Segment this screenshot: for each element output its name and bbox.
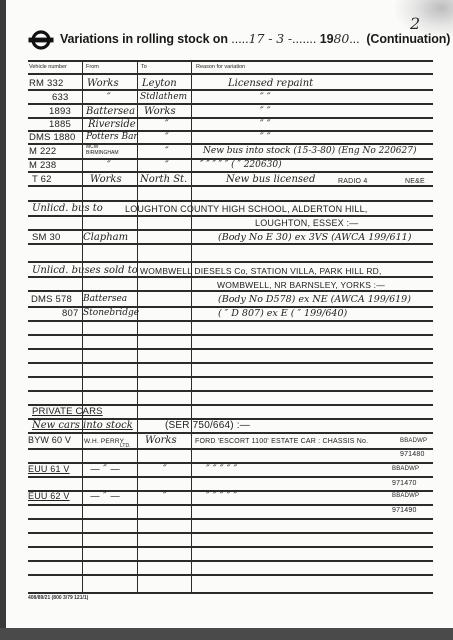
reason-cell: ″ ″ ″ ″ ″ xyxy=(206,491,237,502)
from-cell: — ″ — xyxy=(90,464,120,475)
to-cell: ″ xyxy=(165,119,169,130)
row-rule xyxy=(28,560,433,562)
row-rule xyxy=(28,532,433,534)
reason-cell: ( ″ D 807) ex E ( ″ 199/640) xyxy=(218,308,347,319)
to-cell: ″ xyxy=(163,491,167,502)
section-note: Unlicd. bus to xyxy=(32,203,103,214)
to-cell: ″ xyxy=(165,160,169,171)
section-note: Unlicd. buses sold to xyxy=(32,265,138,276)
vehicle-number: BYW 60 V xyxy=(28,435,71,446)
chassis-number: 971470 xyxy=(392,478,417,489)
from-cell: Battersea xyxy=(83,294,127,305)
section-note: New cars into stock xyxy=(32,420,133,431)
from-cell: Works xyxy=(90,174,122,185)
reason-cell: New bus licensed xyxy=(226,174,315,185)
vehicle-number: DMS 1880 xyxy=(29,132,75,143)
row-rule xyxy=(28,362,433,364)
row-rule xyxy=(28,546,433,548)
column-header-vehicle: Vehicle number xyxy=(29,64,67,70)
from-cell: — ″ — xyxy=(90,491,120,502)
row-rule xyxy=(28,518,433,520)
to-cell: ″ xyxy=(165,132,169,143)
row-rule xyxy=(28,574,433,576)
form-code: 408/89/21 (800 3/79 121/1) xyxy=(28,595,88,601)
row-rule xyxy=(28,261,433,263)
to-cell: Works xyxy=(144,106,176,117)
reason-cell: ″ ″ xyxy=(260,132,271,143)
section-reference: (SER 750/664) :— xyxy=(165,420,250,431)
chassis-prefix: BBADWP xyxy=(392,464,419,475)
row-rule xyxy=(28,243,433,245)
vehicle-number: M 222 xyxy=(29,146,56,157)
reason-cell: FORD 'ESCORT 1100' ESTATE CAR : CHASSIS … xyxy=(195,436,368,447)
from-cell-line2: BIRMINGHAM xyxy=(86,151,119,156)
column-header-from: From xyxy=(86,64,99,70)
row-rule xyxy=(28,171,433,173)
column-divider xyxy=(82,61,83,593)
vehicle-number: RM 332 xyxy=(29,78,63,89)
vehicle-number: 807 xyxy=(62,308,78,319)
reason-extra-radio: RADIO 4 xyxy=(338,176,367,187)
row-rule xyxy=(28,390,433,392)
row-rule xyxy=(28,215,433,217)
column-divider xyxy=(191,61,192,593)
row-rule xyxy=(28,448,433,450)
row-rule xyxy=(28,432,433,434)
reason-cell: Licensed repaint xyxy=(228,78,313,89)
row-rule xyxy=(28,334,433,336)
from-cell: ″ xyxy=(107,160,111,171)
from-cell: Works xyxy=(87,78,119,89)
row-rule xyxy=(28,376,433,378)
table-bottom-rule xyxy=(28,592,433,594)
chassis-prefix: BBADWP xyxy=(400,436,427,447)
vehicle-number: 1893 xyxy=(49,106,71,117)
column-header-reason: Reason for variation xyxy=(196,64,245,70)
reason-cell: ″ ″ xyxy=(260,119,271,130)
header-rule xyxy=(28,73,433,75)
row-rule xyxy=(28,200,433,202)
row-rule xyxy=(28,348,433,350)
row-rule xyxy=(28,320,433,322)
chassis-prefix: BBADWP xyxy=(392,491,419,502)
table-top-rule xyxy=(28,60,433,62)
to-cell: ″ xyxy=(163,464,167,475)
to-cell: Leyton xyxy=(142,78,177,89)
vehicle-number: SM 30 xyxy=(32,232,60,243)
from-cell: Battersea xyxy=(86,106,135,117)
to-cell: ″ xyxy=(165,146,169,157)
row-rule xyxy=(28,504,433,506)
reason-cell: ″ ″ xyxy=(260,92,271,103)
from-cell-suffix: LTD. xyxy=(120,444,130,449)
row-rule xyxy=(28,185,433,187)
reason-extra-garage: NE&E xyxy=(405,176,425,187)
section-address-line2: WOMBWELL, NR BARNSLEY, YORKS :— xyxy=(217,280,385,291)
vehicle-number: DMS 578 xyxy=(31,294,72,305)
row-rule xyxy=(28,89,433,91)
vehicle-number: EUU 61 V xyxy=(28,464,70,475)
reason-cell: ″ ″ xyxy=(260,106,271,117)
chassis-number: 971480 xyxy=(400,449,425,460)
vehicle-number: 1885 xyxy=(49,119,71,130)
vehicle-number: T 62 xyxy=(32,174,52,185)
to-cell: Works xyxy=(145,435,177,446)
from-cell: W.H. PERRY xyxy=(84,436,124,447)
reason-cell: (Body No E 30) ex 3VS (AWCA 199/611) xyxy=(218,232,411,243)
vehicle-number: EUU 62 V xyxy=(28,491,70,502)
vehicle-number: M 238 xyxy=(29,160,56,171)
reason-cell: New bus into stock (15-3-80) (Eng No 220… xyxy=(203,146,417,157)
from-cell: Stonebridge xyxy=(83,308,139,319)
to-cell: Stdlathem xyxy=(140,92,187,103)
scan-bottom-edge xyxy=(0,628,453,640)
reason-cell: ″ ″ ″ ″ ″ ( ″ 220630) xyxy=(200,160,282,171)
section-address: LOUGHTON COUNTY HIGH SCHOOL, ALDERTON HI… xyxy=(125,204,368,215)
from-cell: ″ xyxy=(107,92,111,103)
section-address: WOMBWELL DIESELS Co, STATION VILLA, PARK… xyxy=(140,266,382,277)
section-heading: PRIVATE CARS xyxy=(32,406,103,417)
row-rule xyxy=(28,103,433,105)
chassis-number: 971490 xyxy=(392,505,417,516)
row-rule xyxy=(28,229,433,231)
from-cell: Clapham xyxy=(83,232,128,243)
reason-cell: (Body No D578) ex NE (AWCA 199/619) xyxy=(218,294,411,305)
reason-cell: ″ ″ ″ ″ ″ xyxy=(206,464,237,475)
row-rule xyxy=(28,476,433,478)
section-address-line2: LOUGHTON, ESSEX :— xyxy=(255,218,358,229)
from-cell: Riverside xyxy=(88,119,136,130)
vehicle-number: 633 xyxy=(52,92,68,103)
column-header-to: To xyxy=(141,64,147,70)
to-cell: North St. xyxy=(140,174,187,185)
from-cell: Potters Bar xyxy=(86,132,138,143)
